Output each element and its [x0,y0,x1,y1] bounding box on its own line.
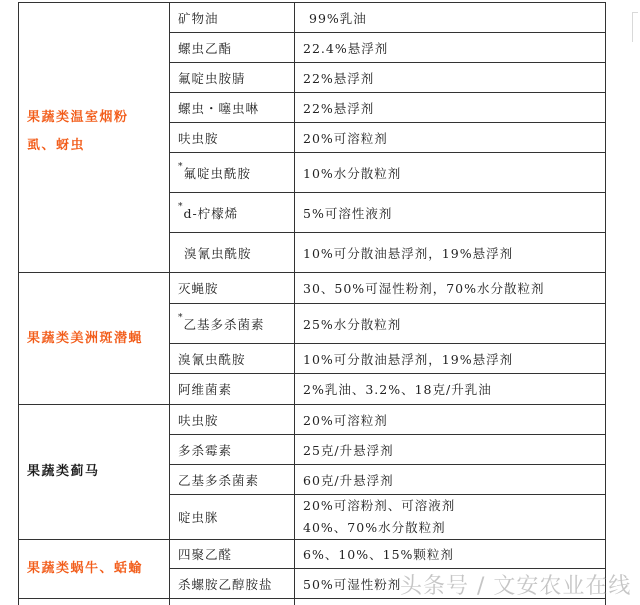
formulation-cell: 2%乳油、3.2%、18克/升乳油 [295,374,606,405]
category-cell: 果蔬类美洲斑潜蝇 [19,273,170,405]
formulation-cell: 99%乳油 [295,3,606,33]
marker-asterisk: * [178,162,184,172]
page-edge-line [632,12,633,42]
product-cell: 多杀霉素 [170,435,295,465]
category-cell: 果蔬类蓟马 [19,405,170,540]
product-cell: 阿维菌素 [170,374,295,405]
formulation-text: 99%乳油 [303,11,367,26]
product-cell: 溴氰虫酰胺 [170,344,295,374]
formulation-cell: 25%水分散粒剂 [295,304,606,344]
table-row: 果蔬类美洲斑潜蝇 灭蝇胺 30、50%可湿性粉剂，70%水分散粒剂 [19,273,606,304]
product-cell: 呋虫胺 [170,405,295,435]
formulation-cell: 22.4%悬浮剂 [295,33,606,63]
product-cell: 乙基多杀菌素 [170,465,295,495]
product-cell: 四聚乙醛 [170,540,295,569]
table-row: 果蔬类蜗牛、蛞蝓 四聚乙醛 6%、10%、15%颗粒剂 [19,540,606,569]
formulation-cell: 25克/升悬浮剂 [295,435,606,465]
category-cell: 果蔬类温室烟粉 虱、蚜虫 [19,3,170,273]
formulation-cell: 5%可溶性液剂 [295,193,606,233]
category-line: 果蔬类温室烟粉 [27,104,169,132]
formulation-cell: 20%可溶粒剂 [295,405,606,435]
category-line: 虱、蚜虫 [27,132,169,160]
product-name: 乙基多杀菌素 [184,317,265,332]
formulation-cell: 22%悬浮剂 [295,63,606,93]
pesticide-table: 果蔬类温室烟粉 虱、蚜虫 矿物油 99%乳油 螺虫乙酯 22.4%悬浮剂 氟啶虫… [18,2,606,605]
formulation-cell: 10%可分散油悬浮剂，19%悬浮剂 [295,344,606,374]
formulation-cell: 30、50%可湿性粉剂，70%水分散粒剂 [295,273,606,304]
marker-asterisk: * [178,313,184,323]
product-cell: *d-柠檬烯 [170,193,295,233]
formulation-cell: 6%、10%、15%颗粒剂 [295,540,606,569]
table-row: 果蔬类蓟马 呋虫胺 20%可溶粒剂 [19,405,606,435]
watermark-text: 头条号 / 文安农业在线 [400,569,631,600]
formulation-cell: 20%可溶粒剂 [295,123,606,153]
category-cell: 果蔬类蜗牛、蛞蝓 [19,540,170,599]
formulation-cell: 22%悬浮剂 [295,93,606,123]
product-name: 氟啶虫酰胺 [184,166,252,181]
empty-cell [170,599,295,605]
table-row: 果蔬类温室烟粉 虱、蚜虫 矿物油 99%乳油 [19,3,606,33]
product-cell: 呋虫胺 [170,123,295,153]
empty-cell [19,599,170,605]
formulation-cell: 10%可分散油悬浮剂，19%悬浮剂 [295,233,606,273]
product-cell: 螺虫乙酯 [170,33,295,63]
product-cell: *乙基多杀菌素 [170,304,295,344]
formulation-cell: 20%可溶粉剂、可溶液剂 40%、70%水分散粒剂 [295,495,606,540]
marker-asterisk: * [178,202,184,212]
product-name: d-柠檬烯 [184,206,239,221]
formulation-line: 20%可溶粉剂、可溶液剂 [303,495,605,517]
product-cell: 啶虫脒 [170,495,295,540]
product-cell: *氟啶虫酰胺 [170,153,295,193]
formulation-line: 40%、70%水分散粒剂 [303,517,605,539]
formulation-cell: 10%水分散粒剂 [295,153,606,193]
product-cell: 杀螺胺乙醇胺盐 [170,569,295,599]
product-cell: 矿物油 [170,3,295,33]
product-cell: 螺虫・噻虫啉 [170,93,295,123]
formulation-cell: 60克/升悬浮剂 [295,465,606,495]
page-edge-line [632,12,638,13]
product-cell: 氟啶虫胺腈 [170,63,295,93]
product-cell: 灭蝇胺 [170,273,295,304]
product-cell: 溴氰虫酰胺 [170,233,295,273]
